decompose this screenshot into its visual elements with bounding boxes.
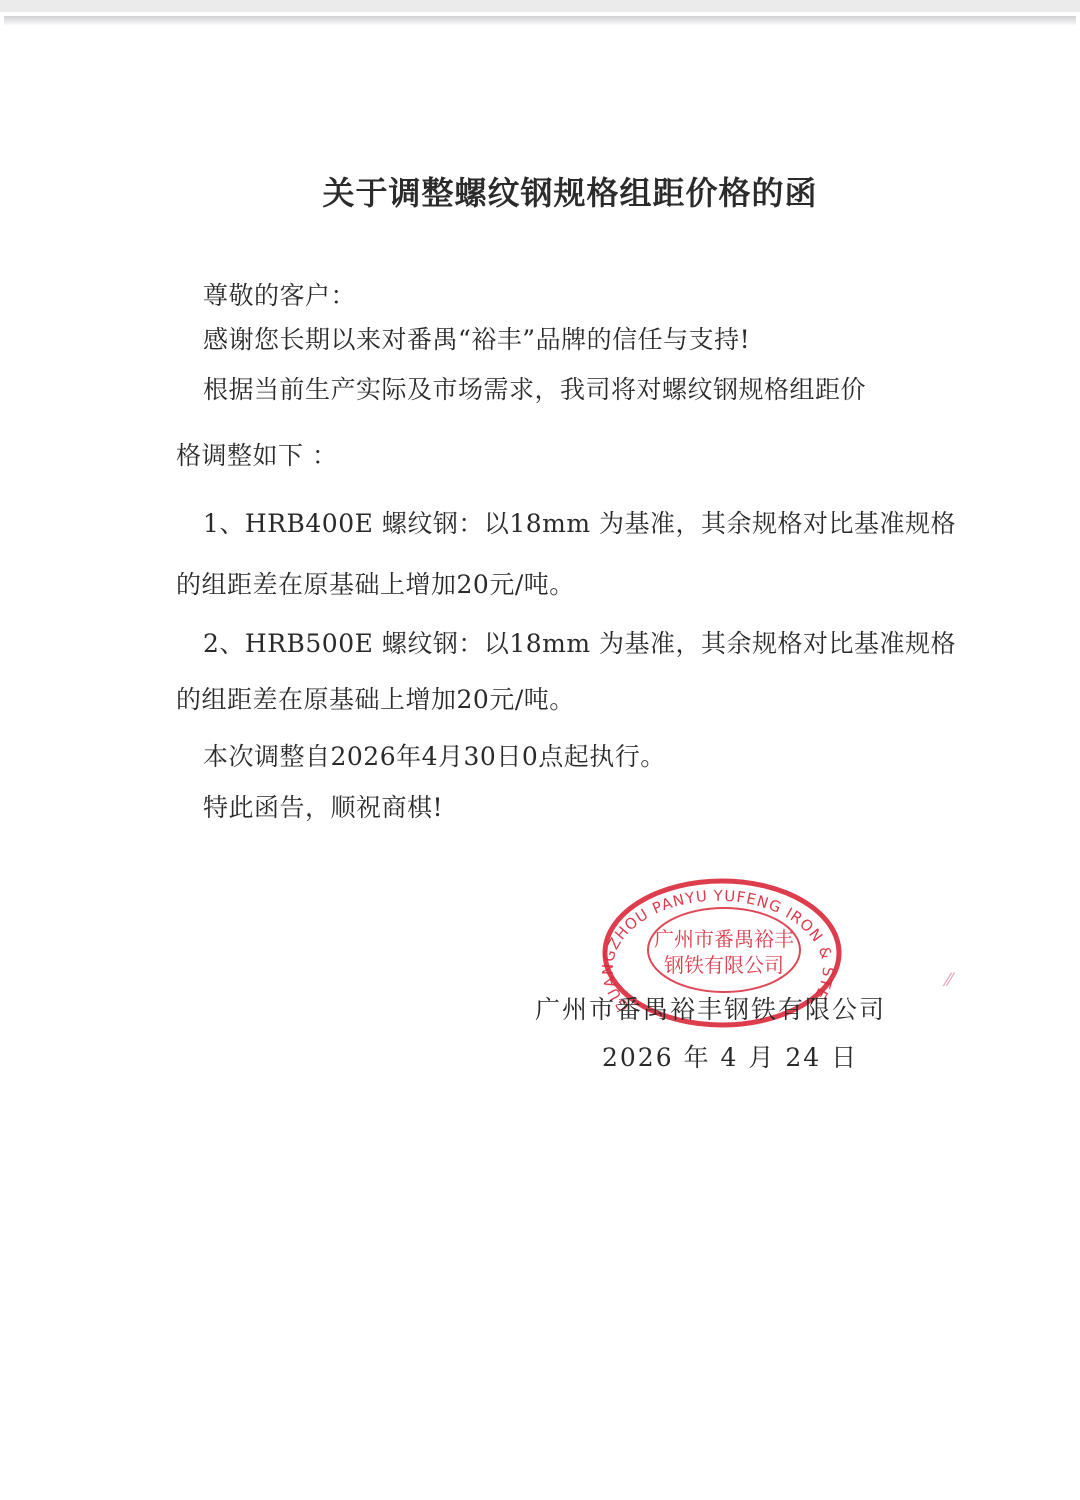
item-2-line-1: 2、HRB500E 螺纹钢：以18mm 为基准，其余规格对比基准规格 xyxy=(203,624,956,660)
ink-smudge-mark: ⁄⁄ xyxy=(946,970,976,994)
stamp-inner-line-1: 广州市番禺裕丰 xyxy=(654,927,794,951)
signature-date: 2026 年 4 月 24 日 xyxy=(602,1038,858,1074)
salutation: 尊敬的客户： xyxy=(203,276,356,312)
document-title: 关于调整螺纹钢规格组距价格的函 xyxy=(0,168,1080,214)
item-1-line-2: 的组距差在原基础上增加20元/吨。 xyxy=(176,565,575,601)
signature-company: 广州市番禺裕丰钢铁有限公司 xyxy=(535,990,886,1026)
closing-text: 特此函告，顺祝商棋! xyxy=(203,788,443,824)
stamp-inner-line-2: 钢铁有限公司 xyxy=(664,953,784,977)
paragraph-intro-cont: 格调整如下 ： xyxy=(176,436,337,472)
paragraph-intro: 根据当前生产实际及市场需求，我司将对螺纹钢规格组距价 xyxy=(203,370,866,406)
scan-edge-shadow xyxy=(4,16,1076,26)
effective-date-text: 本次调整自2026年4月30日0点起执行。 xyxy=(203,737,666,773)
scan-top-bar xyxy=(0,0,1080,12)
item-1-line-1: 1、HRB400E 螺纹钢：以18mm 为基准，其余规格对比基准规格 xyxy=(203,504,956,540)
item-2-line-2: 的组距差在原基础上增加20元/吨。 xyxy=(176,680,575,716)
paragraph-thanks: 感谢您长期以来对番禺“裕丰”品牌的信任与支持! xyxy=(203,320,750,356)
